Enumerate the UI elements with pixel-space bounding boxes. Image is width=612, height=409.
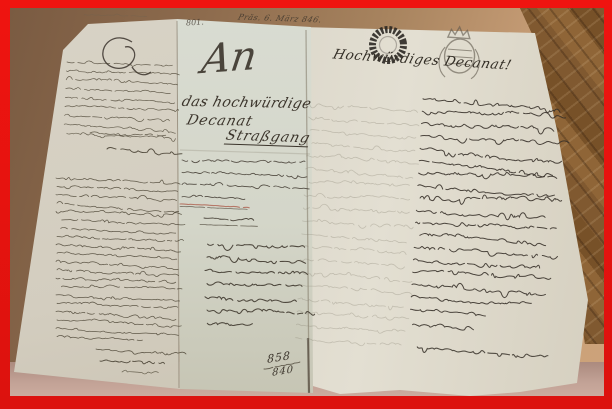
middle-page-docket-numerator: 858 — [267, 350, 291, 365]
middle-page-presented-note: Präs. 6. März 846. — [237, 14, 323, 25]
photo-frame: 801. Präs. 6. März 846. An das hochwürdi… — [0, 0, 612, 409]
photo-area: 801. Präs. 6. März 846. An das hochwürdi… — [10, 8, 604, 396]
middle-page-address-line2: Decanat — [185, 113, 254, 128]
handwriting-line — [84, 14, 147, 16]
middle-page-ref-number: 801. — [186, 19, 204, 28]
middle-page-address-line3: Straßgang — [224, 129, 312, 148]
middle-page-address-line1: das hochwürdige — [180, 95, 313, 111]
middle-page-address-initial: An — [199, 36, 259, 80]
